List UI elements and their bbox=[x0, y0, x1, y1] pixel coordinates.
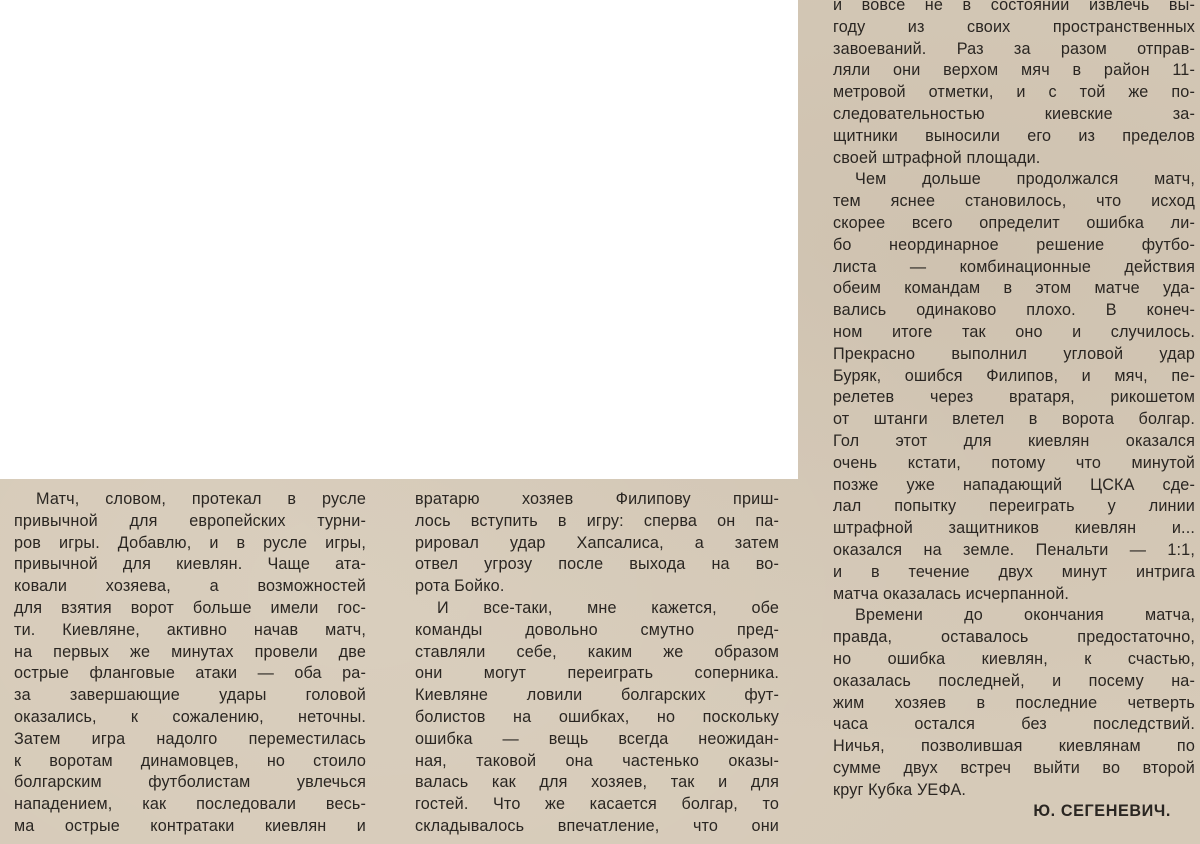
article-column-3: и вовсе не в состоянии извлечь вы- году … bbox=[833, 0, 1195, 823]
text-line: привычной для киевлян. Чаще ата- bbox=[14, 554, 366, 576]
text-line: часа остался без последствий. bbox=[833, 714, 1195, 736]
text-line: Киевляне ловили болгарских фут- bbox=[415, 685, 779, 707]
text-line: ном итоге так оно и случилось. bbox=[833, 322, 1195, 344]
text-line: ров игры. Добавлю, и в русле игры, bbox=[14, 533, 366, 555]
text-line: болгарским футболистам увлечься bbox=[14, 772, 366, 794]
blank-cutout-area bbox=[0, 0, 798, 479]
text-line: привычной для европейских турни- bbox=[14, 511, 366, 533]
text-line: ошибка — вещь всегда неожидан- bbox=[415, 729, 779, 751]
text-line: для взятия ворот больше имели гос- bbox=[14, 598, 366, 620]
text-line: ставляли себе, каким же образом bbox=[415, 642, 779, 664]
text-line: острые фланговые атаки — оба ра- bbox=[14, 663, 366, 685]
text-line: И все-таки, мне кажется, обе bbox=[415, 598, 779, 620]
text-line: за завершающие удары головой bbox=[14, 685, 366, 707]
text-line: Ничья, позволившая киевлянам по bbox=[833, 736, 1195, 758]
text-line: круг Кубка УЕФА. bbox=[833, 780, 1195, 802]
text-line: на первых же минутах провели две bbox=[14, 642, 366, 664]
text-line: сумме двух встреч выйти во второй bbox=[833, 758, 1195, 780]
text-line: своей штрафной площади. bbox=[833, 148, 1195, 170]
text-line: ма острые контратаки киевлян и bbox=[14, 816, 366, 838]
text-line: Прекрасно выполнил угловой удар bbox=[833, 344, 1195, 366]
text-line: оказались, к сожалению, неточны. bbox=[14, 707, 366, 729]
text-line: нападением, как последовали весь- bbox=[14, 794, 366, 816]
text-line: но ошибка киевлян, к счастью, bbox=[833, 649, 1195, 671]
text-line: метровой отметки, и с той же по- bbox=[833, 82, 1195, 104]
text-line: отвел угрозу после выхода на во- bbox=[415, 554, 779, 576]
text-line: бо неординарное решение футбо- bbox=[833, 235, 1195, 257]
text-line: складывалось впечатление, что они bbox=[415, 816, 779, 838]
text-line: тем яснее становилось, что исход bbox=[833, 191, 1195, 213]
text-line: жим хозяев в последние четверть bbox=[833, 693, 1195, 715]
text-line: правда, оставалось предостаточно, bbox=[833, 627, 1195, 649]
text-line: Времени до окончания матча, bbox=[833, 605, 1195, 627]
text-line: штрафной защитников киевлян и... bbox=[833, 518, 1195, 540]
article-column-1: Матч, словом, протекал в русле привычной… bbox=[14, 489, 366, 838]
text-line: Затем игра надолго переместилась bbox=[14, 729, 366, 751]
text-line: позже уже нападающий ЦСКА сде- bbox=[833, 475, 1195, 497]
text-line: и в течение двух минут интрига bbox=[833, 562, 1195, 584]
text-line: оказалась последней, и посему на- bbox=[833, 671, 1195, 693]
text-line: завоеваний. Раз за разом отправ- bbox=[833, 39, 1195, 61]
text-line: лал попытку переиграть у линии bbox=[833, 496, 1195, 518]
text-line: следовательностью киевские за- bbox=[833, 104, 1195, 126]
text-line: скорее всего определит ошибка ли- bbox=[833, 213, 1195, 235]
text-line: обеим командам в этом матче уда- bbox=[833, 278, 1195, 300]
text-line: Гол этот для киевлян оказался bbox=[833, 431, 1195, 453]
text-line: Матч, словом, протекал в русле bbox=[14, 489, 366, 511]
text-line: релетев через вратаря, рикошетом bbox=[833, 387, 1195, 409]
text-line: вались одинаково плохо. В конеч- bbox=[833, 300, 1195, 322]
text-line: ная, таковой она частенько оказы- bbox=[415, 751, 779, 773]
text-line: ти. Киевляне, активно начав матч, bbox=[14, 620, 366, 642]
text-line: ляли они верхом мяч в район 11- bbox=[833, 60, 1195, 82]
text-line: лось вступить в игру: сперва он па- bbox=[415, 511, 779, 533]
text-line: ковали хозяева, а возможностей bbox=[14, 576, 366, 598]
text-line: команды довольно смутно пред- bbox=[415, 620, 779, 642]
text-line: Чем дольше продолжался матч, bbox=[833, 169, 1195, 191]
text-line: щитники выносили его из пределов bbox=[833, 126, 1195, 148]
text-line: болистов на ошибках, но поскольку bbox=[415, 707, 779, 729]
text-line: листа — комбинационные действия bbox=[833, 257, 1195, 279]
text-line: вратарю хозяев Филипову приш- bbox=[415, 489, 779, 511]
text-line: к воротам динамовцев, но стоило bbox=[14, 751, 366, 773]
text-line: очень кстати, потому что минутой bbox=[833, 453, 1195, 475]
text-line: оказался на земле. Пенальти — 1:1, bbox=[833, 540, 1195, 562]
text-line: Буряк, ошибся Филипов, и мяч, пе- bbox=[833, 366, 1195, 388]
text-line: рота Бойко. bbox=[415, 576, 779, 598]
text-line: матча оказалась исчерпанной. bbox=[833, 584, 1195, 606]
text-line: и вовсе не в состоянии извлечь вы- bbox=[833, 0, 1195, 17]
text-line: рировал удар Хапсалиса, а затем bbox=[415, 533, 779, 555]
article-column-2: вратарю хозяев Филипову приш- лось вступ… bbox=[415, 489, 779, 838]
text-line: году из своих пространственных bbox=[833, 17, 1195, 39]
text-line: от штанги влетел в ворота болгар. bbox=[833, 409, 1195, 431]
text-line: валась как для хозяев, так и для bbox=[415, 772, 779, 794]
text-line: они могут переиграть соперника. bbox=[415, 663, 779, 685]
text-line: гостей. Что же касается болгар, то bbox=[415, 794, 779, 816]
author-signature: Ю. СЕГЕНЕВИЧ. bbox=[833, 801, 1195, 823]
